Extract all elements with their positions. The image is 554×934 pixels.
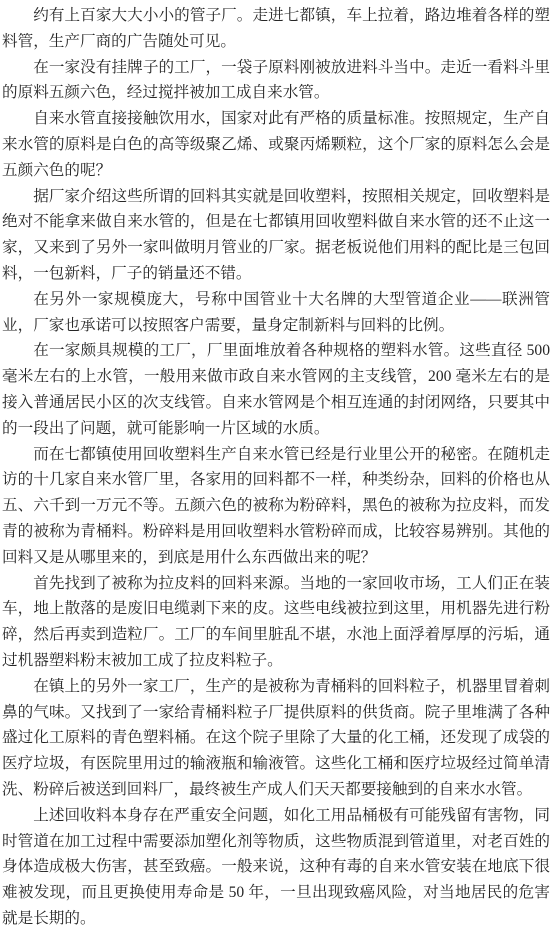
paragraph-qingtong-source: 在镇上的另外一家工厂，生产的是被称为青桶料的回料粒子，机器里冒着刺鼻的气味。又找… [2,674,550,803]
paragraph-safety-risk: 上述回收料本身存在严重安全问题，如化工用品桶极有可能残留有害物，同时管道在加工过… [2,803,550,932]
paragraph-lapi-source: 首先找到了被称为拉皮料的回料来源。当地的一家回收市场，工人们正在装车，地上散落的… [2,571,550,674]
article-page: 约有上百家大大小小的管子厂。走进七都镇，车上拉着，路边堆着各样的塑料管，生产厂商… [0,0,554,934]
paragraph-recycled-plastic: 据厂家介绍这些所谓的回料其实就是回收塑料，按照相关规定，回收塑料是绝对不能拿来做… [2,184,550,287]
paragraph-lianzhou-company: 在另外一家规模庞大，号称中国管业十大名牌的大型管道企业——联洲管业，厂家也承诺可… [2,287,550,339]
paragraph-pipe-sizes: 在一家颇具规模的工厂，厂里面堆放着各种规格的塑料水管。这些直径 500 毫米左右… [2,338,550,441]
paragraph-quality-standard: 自来水管直接接触饮用水，国家对此有严格的质量标准。按照规定，生产自来水管的原料是… [2,106,550,183]
paragraph-pipe-factories: 约有上百家大大小小的管子厂。走进七都镇，车上拉着，路边堆着各样的塑料管，生产厂商… [2,3,550,55]
paragraph-unmarked-factory: 在一家没有挂牌子的工厂，一袋子原料刚被放进料斗当中。走近一看料斗里的原料五颜六色… [2,55,550,107]
paragraph-open-secret: 而在七都镇使用回收塑料生产自来水管已经是行业里公开的秘密。在随机走访的十几家自来… [2,442,550,571]
